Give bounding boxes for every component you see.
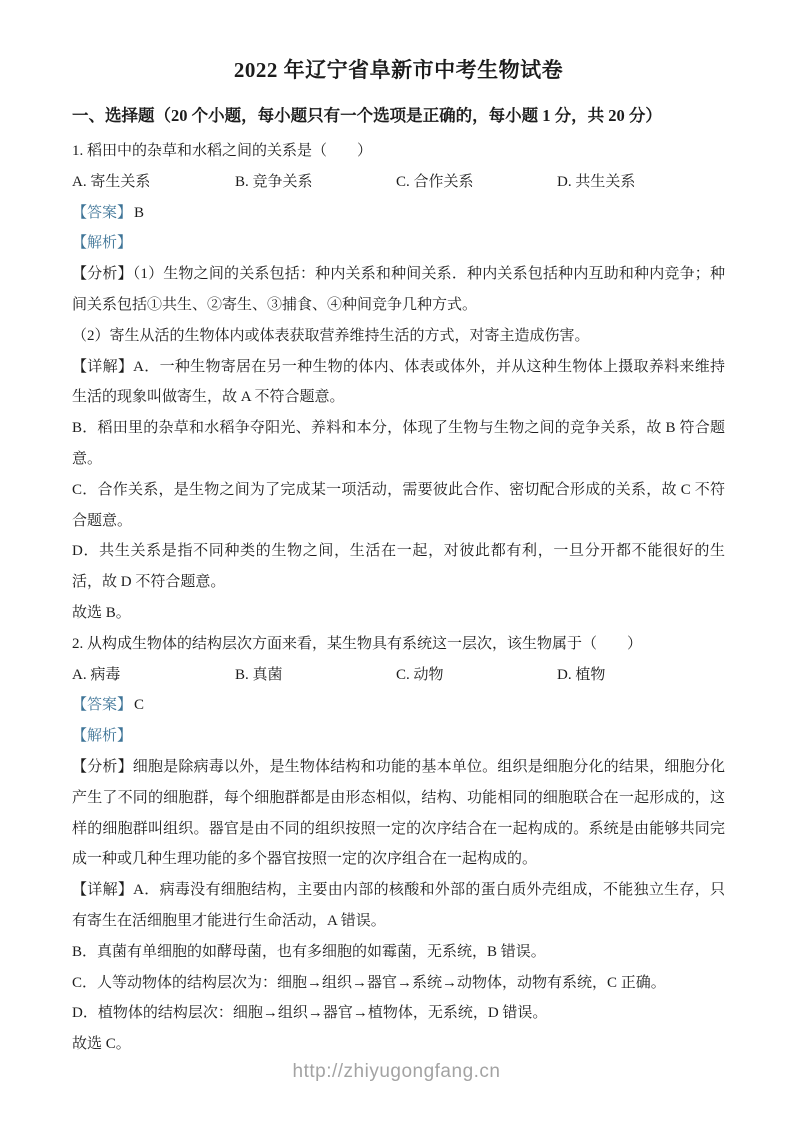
answer-label: 【答案】	[72, 205, 132, 221]
section-heading: 一、选择题（20 个小题，每小题只有一个选项是正确的，每小题 1 分，共 20 …	[72, 98, 725, 134]
option-d: D. 共生关系	[557, 167, 725, 198]
answer-value: C	[132, 697, 144, 713]
conclusion-line: 故选 B。	[72, 598, 725, 629]
option-c: C. 动物	[396, 660, 557, 691]
options-row: A. 病毒 B. 真菌 C. 动物 D. 植物	[72, 660, 725, 691]
question-stem: 2. 从构成生物体的结构层次方面来看，某生物具有系统这一层次，该生物属于（ ）	[72, 629, 725, 660]
detail-paragraph: 【详解】A．病毒没有细胞结构，主要由内部的核酸和外部的蛋白质外壳组成，不能独立生…	[72, 875, 725, 937]
question-block-1: 1. 稻田中的杂草和水稻之间的关系是（ ） A. 寄生关系 B. 竞争关系 C.…	[72, 136, 725, 629]
detail-paragraph: C．人等动物体的结构层次为：细胞→组织→器官→系统→动物体，动物有系统，C 正确…	[72, 968, 725, 999]
option-a: A. 寄生关系	[72, 167, 235, 198]
page-title: 2022 年辽宁省阜新市中考生物试卷	[72, 52, 725, 88]
detail-paragraph: B．稻田里的杂草和水稻争夺阳光、养料和本分，体现了生物与生物之间的竞争关系，故 …	[72, 413, 725, 475]
detail-paragraph: 【详解】A．一种生物寄居在另一种生物的体内、体表或体外，并从这种生物体上摄取养料…	[72, 352, 725, 414]
explanation-line: 【解析】	[72, 721, 725, 752]
question-block-2: 2. 从构成生物体的结构层次方面来看，某生物具有系统这一层次，该生物属于（ ） …	[72, 629, 725, 1060]
answer-line: 【答案】C	[72, 690, 725, 721]
detail-paragraph: D．植物体的结构层次：细胞→组织→器官→植物体，无系统，D 错误。	[72, 998, 725, 1029]
options-row: A. 寄生关系 B. 竞争关系 C. 合作关系 D. 共生关系	[72, 167, 725, 198]
question-stem: 1. 稻田中的杂草和水稻之间的关系是（ ）	[72, 136, 725, 167]
option-a: A. 病毒	[72, 660, 235, 691]
watermark-url: http://zhiyugongfang.cn	[0, 1061, 793, 1083]
analysis-paragraph: （2）寄生从活的生物体内或体表获取营养维持生活的方式，对寄主造成伤害。	[72, 321, 725, 352]
conclusion-line: 故选 C。	[72, 1029, 725, 1060]
option-b: B. 竞争关系	[235, 167, 396, 198]
explanation-label: 【解析】	[72, 728, 132, 744]
analysis-paragraph: 【分析】（1）生物之间的关系包括：种内关系和种间关系．种内关系包括种内互助和种内…	[72, 259, 725, 321]
answer-line: 【答案】B	[72, 198, 725, 229]
detail-paragraph: B．真菌有单细胞的如酵母菌，也有多细胞的如霉菌，无系统，B 错误。	[72, 937, 725, 968]
detail-paragraph: D．共生关系是指不同种类的生物之间，生活在一起，对彼此都有利，一旦分开都不能很好…	[72, 536, 725, 598]
explanation-line: 【解析】	[72, 228, 725, 259]
option-b: B. 真菌	[235, 660, 396, 691]
analysis-paragraph: 【分析】细胞是除病毒以外，是生物体结构和功能的基本单位。组织是细胞分化的结果，细…	[72, 752, 725, 875]
detail-paragraph: C．合作关系，是生物之间为了完成某一项活动，需要彼此合作、密切配合形成的关系，故…	[72, 475, 725, 537]
exam-paper-page: 2022 年辽宁省阜新市中考生物试卷 一、选择题（20 个小题，每小题只有一个选…	[0, 0, 793, 1122]
page-content: 2022 年辽宁省阜新市中考生物试卷 一、选择题（20 个小题，每小题只有一个选…	[0, 0, 793, 1060]
answer-value: B	[132, 205, 144, 221]
answer-label: 【答案】	[72, 697, 132, 713]
option-c: C. 合作关系	[396, 167, 557, 198]
explanation-label: 【解析】	[72, 235, 132, 251]
option-d: D. 植物	[557, 660, 725, 691]
